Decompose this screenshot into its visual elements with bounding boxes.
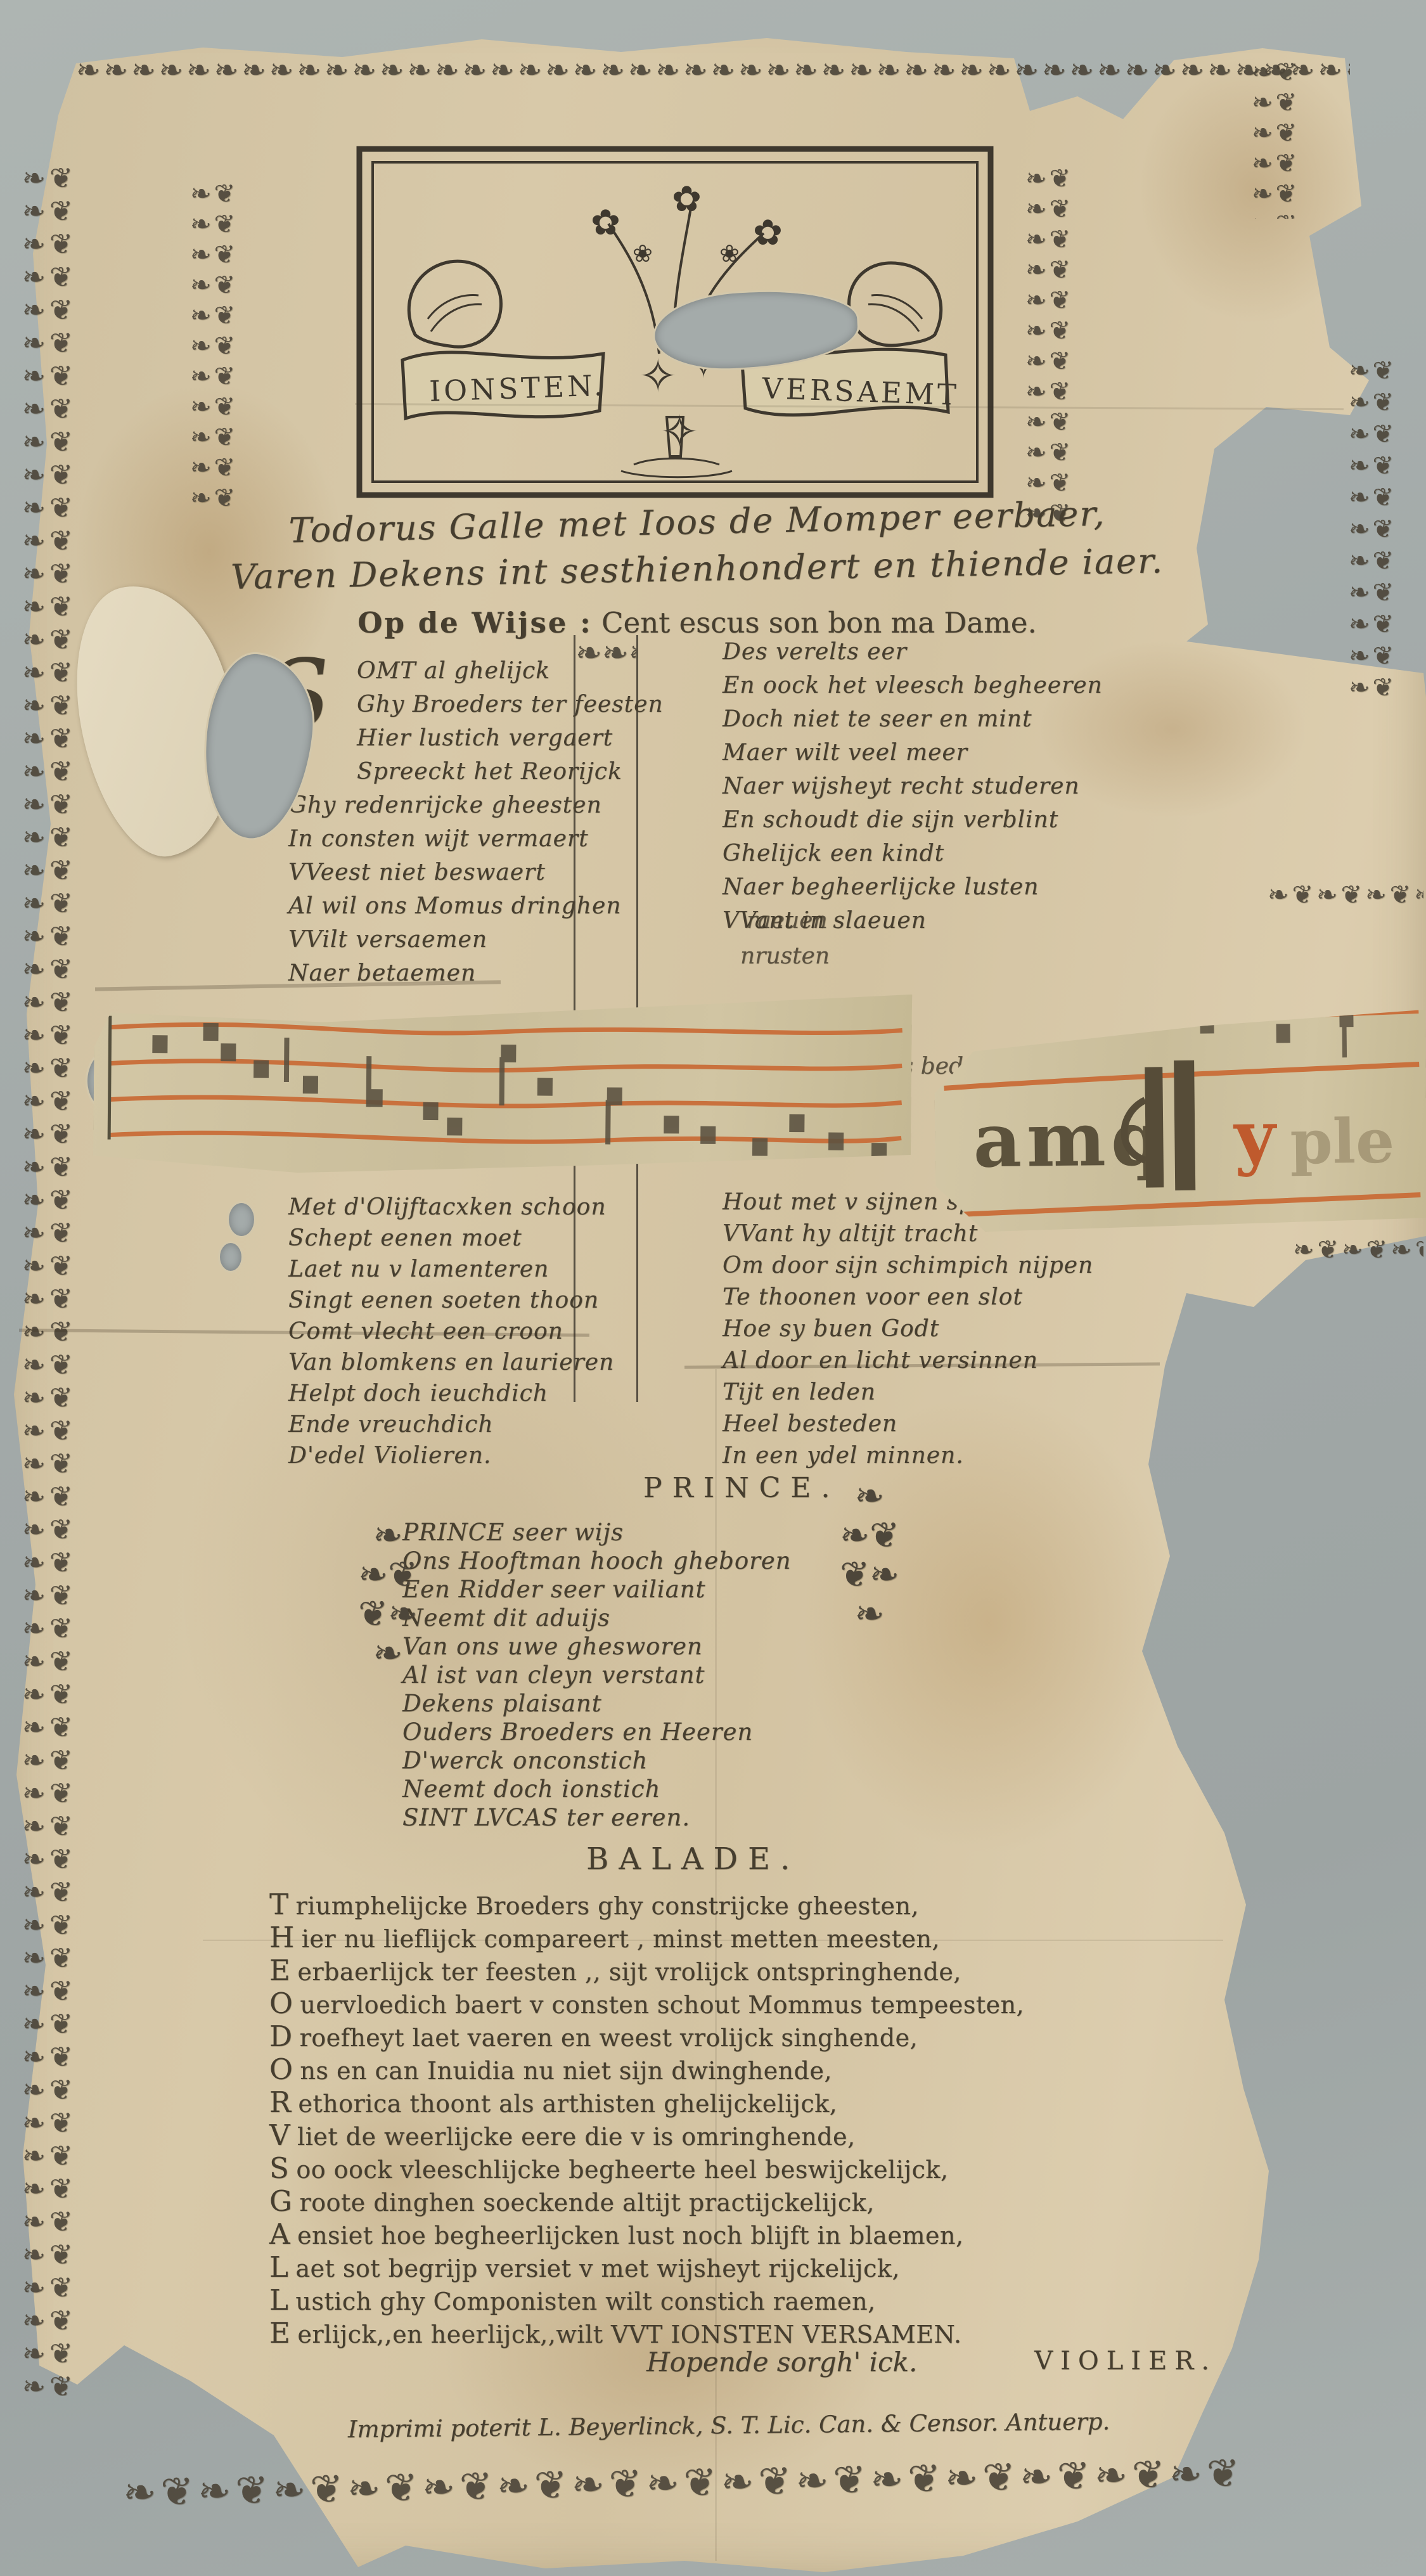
ground-strokes	[621, 458, 732, 477]
verse-line: Al door en licht versinnen	[723, 1345, 1141, 1377]
verse-line: Vliet de weerlijcke eere die v is omring…	[269, 2120, 1220, 2153]
bottom-border-ornament: ❧❦❧❦❧❦❧❦❧❦❧❦❧❦❧❦❧❦❧❦❧❦❧❦❧❦❧❦❧❦	[123, 2448, 1265, 2568]
verse-column-left-1: OMT al ghelijckGhy Broeders ter feestenH…	[288, 654, 662, 990]
flower-bud-icon: ❀	[633, 240, 653, 267]
right-border-fragment-c: ❧❦❧❦❧❦❧❦	[1293, 1233, 1423, 1304]
verse-line: Om door sijn schimpich nijpen	[723, 1250, 1141, 1282]
verse-line: Hier lustich vergaert	[288, 721, 662, 755]
verse-line: Helpt doch ieuchdich	[288, 1378, 669, 1409]
paper-hole	[227, 1201, 256, 1238]
verse-line: Van blomkens en laurieren	[288, 1347, 669, 1378]
verse-line: D'werck onconstich	[402, 1746, 960, 1775]
balade-heading: BALADE.	[586, 1841, 800, 1877]
inner-left-border-ornament: ❧❦ ❧❦ ❧❦ ❧❦ ❧❦ ❧❦ ❧❦ ❧❦ ❧❦ ❧❦ ❧❦	[190, 179, 269, 511]
closing-line: Hopende sorgh' ick. VIOLIER.	[646, 2347, 1217, 2378]
closing-signature: VIOLIER.	[1034, 2347, 1217, 2378]
verse-line: Singt eenen soeten thoon	[288, 1285, 669, 1316]
verse-line: Heel besteden	[723, 1408, 1141, 1440]
verse-line: Triumphelijcke Broeders ghy constrijcke …	[269, 1889, 1220, 1922]
verse-line: Al wil ons Momus dringhen	[288, 889, 662, 923]
verse-line: Laet nu v lamenteren	[288, 1254, 669, 1285]
verse-line: Schept eenen moet	[288, 1223, 669, 1254]
photograph-backdrop: ❧❧❧❧❧❧❧❧❧❧❧❧❧❧❧❧❧❧❧❧❧❧❧❧❧❧❧❧❧❧❧❧❧❧❧❧❧❧❧❧…	[0, 0, 1426, 2576]
verse-line: Maer wilt veel meer	[723, 736, 1141, 770]
fold-crease	[203, 1940, 1223, 1941]
verse-line: En schoudt die sijn verblint	[723, 803, 1141, 837]
verse-line: En oock het vleesch begheeren	[723, 669, 1141, 702]
verse-line: Ouders Broeders en Heeren	[402, 1718, 960, 1746]
verse-line: Laet sot begrijp versiet v met wijsheyt …	[269, 2251, 1220, 2284]
verse-line: Eerlijck,,en heerlijck,,wilt VVT IONSTEN…	[269, 2317, 1220, 2350]
verse-line: OMT al ghelijck	[288, 654, 662, 688]
verse-line: Ghy Broeders ter feesten	[288, 688, 662, 721]
sleeve-hatching	[868, 295, 922, 332]
verse-line: Doch niet te seer en mint	[723, 702, 1141, 736]
fleuron-cluster-left: ❧ ❧❦ ❦❧ ❧	[312, 1516, 464, 1673]
verse-line: Tijt en leden	[723, 1377, 1141, 1408]
verse-line: Aensiet hoe begheerlijcken lust noch bli…	[269, 2219, 1220, 2251]
verse-line: Hoe sy buen Godt	[723, 1313, 1141, 1345]
balade-stanza: Triumphelijcke Broeders ghy constrijcke …	[269, 1889, 1220, 2350]
right-hand-sleeve	[849, 263, 941, 345]
tune-label: Op de Wijse :	[357, 606, 592, 640]
flower-icon: ✿	[672, 179, 702, 220]
staff-barline	[109, 1016, 110, 1140]
verse-fragment: nrusten	[740, 943, 830, 969]
verse-line: Van ons uwe ghesworen	[402, 1632, 960, 1661]
knot-ornament-icon: ✧	[660, 405, 698, 458]
verse-line: D'edel Violieren.	[288, 1440, 669, 1471]
verse-line: Droefheyt laet vaeren en weest vrolijck …	[269, 2021, 1220, 2054]
verse-line: SINT LVCAS ter eeren.	[402, 1803, 960, 1832]
verse-line: Soo oock vleeschlijcke begheerte heel be…	[269, 2153, 1220, 2186]
fleuron-cluster-right: ❧ ❧❦ ❦❧ ❧	[800, 1477, 939, 1634]
paper-hole	[218, 1241, 243, 1273]
right-border-fragment-b: ❧❦❧❦❧❦❧❦❧❦❧❦❧❦❧❦	[1268, 879, 1423, 985]
closing-motto: Hopende sorgh' ick.	[646, 2347, 917, 2378]
verse-fragment: raeuen	[747, 908, 828, 934]
emblem-banner-left-text: IONSTEN.	[429, 368, 607, 408]
verse-line: Ghy redenrijcke gheesten	[288, 789, 662, 822]
verse-line: Spreeckt het Reorijck	[288, 755, 662, 789]
verse-line: Rethorica thoont als arthisten ghelijcke…	[269, 2087, 1220, 2120]
verse-line: Te thoonen voor een slot	[723, 1282, 1141, 1313]
right-border-fragment-a: ❧❦ ❧❦ ❧❦ ❧❦ ❧❦ ❧❦ ❧❦ ❧❦ ❧❦ ❧❦ ❧❦	[1349, 355, 1426, 707]
verse-line: Met d'Olijftacxken schoon	[288, 1192, 669, 1223]
verse-line: Al ist van cleyn verstant	[402, 1661, 960, 1689]
verse-line: Ons en can Inuidia nu niet sijn dwinghen…	[269, 2054, 1220, 2087]
verse-line: Ende vreuchdich	[288, 1409, 669, 1440]
verse-line: Groote dinghen soeckende altijt practijc…	[269, 2186, 1220, 2219]
verse-line: Ghelijck een kindt	[723, 837, 1141, 870]
verse-line: Naer begheerlijcke lusten	[723, 870, 1141, 904]
sleeve-hatching	[428, 295, 482, 332]
inner-right-border-ornament: ❧❦ ❧❦ ❧❦ ❧❦ ❧❦ ❧❦ ❧❦ ❧❦ ❧❦ ❧❦ ❧❦ ❧❦	[1025, 164, 1107, 526]
verse-line: VVilt versaemen	[288, 923, 662, 956]
flower-bud-icon: ❀	[719, 240, 740, 267]
verse-column-right-2: Hout met v sijnen spotVVant hy altijt tr…	[723, 1187, 1141, 1472]
verse-line: Eerbaerlijck ter feesten ,, sijt vrolijc…	[269, 1955, 1220, 1988]
top-right-border-fragment: ❧❦ ❧❦ ❧❦ ❧❦ ❧❦ ❧❦	[1252, 57, 1335, 219]
verse-line: In een ydel minnen.	[723, 1440, 1141, 1472]
verse-line: Lustich ghy Componisten wilt constich ra…	[269, 2284, 1220, 2317]
flower-icon: ✿	[753, 212, 783, 254]
verse-line: Hier nu lieflijck compareert , minst met…	[269, 1922, 1220, 1955]
verse-column-right-1: Des verelts eerEn oock het vleesch beghe…	[723, 635, 1141, 937]
verse-line: VVeest niet beswaert	[288, 856, 662, 889]
verse-line: Dekens plaisant	[402, 1689, 960, 1718]
flower-icon: ✿	[591, 202, 620, 243]
verse-line: Naer wijsheyt recht studeren	[723, 770, 1141, 803]
red-blackletter-text: y	[1233, 1095, 1278, 1178]
left-border-ornament: ❧❦ ❧❦ ❧❦ ❧❦ ❧❦ ❧❦ ❧❦ ❧❦ ❧❦ ❧❦ ❧❦ ❧❦ ❧❦ ❧…	[22, 162, 130, 2396]
faded-blackletter-text: ple	[1290, 1105, 1395, 1178]
verse-line: In consten wijt vermaert	[288, 822, 662, 856]
left-hand-sleeve	[409, 261, 501, 347]
verse-line: Neemt doch ionstich	[402, 1775, 960, 1803]
music-staff-lines	[109, 1024, 902, 1145]
verse-line: Ouervloedich baert v consten schout Momm…	[269, 1988, 1220, 2021]
verse-line: Des verelts eer	[723, 635, 1141, 669]
fold-crease	[715, 1369, 717, 2561]
